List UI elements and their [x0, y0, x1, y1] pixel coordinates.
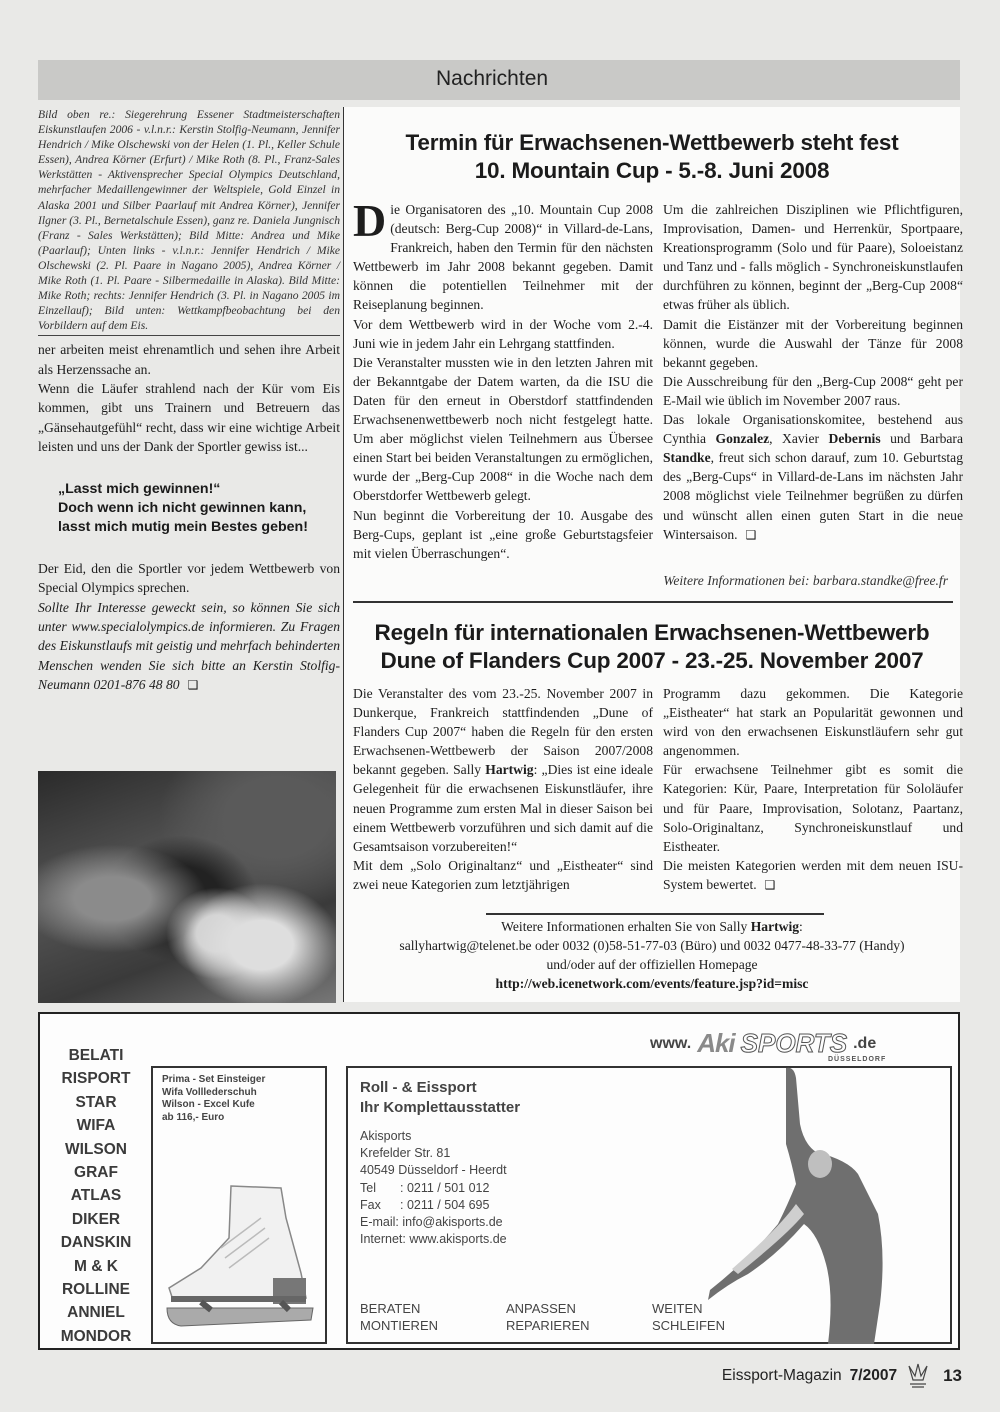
paragraph: Die Organisatoren des „10. Mountain Cup … [353, 200, 653, 315]
brand-item: DANSKIN [50, 1231, 142, 1254]
audience-photo [38, 771, 336, 1003]
shop-address: Akisports Krefelder Str. 81 40549 Düssel… [360, 1128, 507, 1248]
magazine-name: Eissport-Magazin [722, 1367, 842, 1385]
info-divider [486, 913, 824, 915]
shop-title-line: Roll - & Eissport [360, 1078, 520, 1098]
photo-caption: Bild oben re.: Siegerehrung Essener Stad… [38, 107, 340, 336]
section-title: Nachrichten [436, 67, 548, 91]
paragraph: Das lokale Organisationskomitee, bestehe… [663, 410, 963, 545]
article2-body: Die Veranstalter des vom 23.-25. Novembe… [353, 684, 963, 895]
brand-item: WIFA [50, 1114, 142, 1137]
end-mark-icon: ❑ [765, 878, 776, 892]
brand-item: MONDOR [50, 1325, 142, 1348]
fax: Fax: 0211 / 504 695 [360, 1197, 507, 1214]
article2-column-2: Programm dazu gekommen. Die Kategorie „E… [663, 684, 963, 895]
service-group: ANPASSENREPARIEREN [506, 1300, 652, 1334]
article-divider [353, 601, 953, 603]
service-item: REPARIEREN [506, 1317, 652, 1334]
headline-line: Termin für Erwachsenen-Wettbewerb steht … [344, 129, 960, 157]
end-mark-icon: ❑ [188, 678, 199, 692]
paragraph: Um die zahlreichen Disziplinen wie Pflic… [663, 200, 963, 315]
paragraph: Mit dem „Solo Originaltanz“ und „Eisthea… [353, 856, 653, 894]
logo-aki: Aki [697, 1028, 734, 1059]
logo-sports: SPORTS [741, 1028, 847, 1059]
oath-line: lasst mich mutig mein Bestes geben! [58, 518, 340, 537]
paragraph: Vor dem Wettbewerb wird in der Woche vom… [353, 315, 653, 353]
article2-column-1: Die Veranstalter des vom 23.-25. Novembe… [353, 684, 653, 895]
offer-text: Prima - Set Einsteiger Wifa Vollledersch… [162, 1074, 265, 1124]
service-item: BERATEN [360, 1300, 506, 1317]
shop-title-line: Ihr Komplettausstatter [360, 1098, 520, 1118]
paragraph: Die Veranstalter mussten wie in den letz… [353, 353, 653, 506]
page-number: 13 [943, 1366, 962, 1386]
paragraph: Die meisten Kategorien werden mit dem ne… [663, 856, 963, 895]
brand-item: WILSON [50, 1138, 142, 1161]
brand-item: DIKER [50, 1208, 142, 1231]
paragraph: Die Veranstalter des vom 23.-25. Novembe… [353, 684, 653, 856]
company-name: Akisports [360, 1128, 507, 1145]
article2-info: Weitere Informationen erhalten Sie von S… [344, 917, 960, 993]
brand-item: ATLAS [50, 1184, 142, 1207]
magazine-logo-icon [905, 1362, 931, 1390]
article1-contact: Weitere Informationen bei: barbara.stand… [663, 573, 948, 589]
brand-item: STAR [50, 1091, 142, 1114]
shop-title: Roll - & Eissport Ihr Komplettausstatter [360, 1078, 520, 1118]
paragraph: Programm dazu gekommen. Die Kategorie „E… [663, 684, 963, 760]
skate-offer-box: Prima - Set Einsteiger Wifa Vollledersch… [151, 1066, 327, 1344]
offer-line: ab 116,- Euro [162, 1112, 265, 1125]
homepage-link[interactable]: http://web.icenetwork.com/events/feature… [344, 974, 960, 993]
end-mark-icon: ❑ [746, 528, 757, 542]
brand-item: M & K [50, 1255, 142, 1278]
shop-info-box: Roll - & Eissport Ihr Komplettausstatter… [346, 1066, 952, 1344]
oath-quote: „Lasst mich gewinnen!“ Doch wenn ich nic… [58, 480, 340, 537]
page-footer: Eissport-Magazin 7/2007 13 [722, 1362, 962, 1390]
section-header-bar: Nachrichten [38, 60, 960, 100]
contact-note: Sollte Ihr Interesse geweckt sein, so kö… [38, 598, 340, 695]
issue-number: 7/2007 [850, 1367, 897, 1385]
headline-line: Dune of Flanders Cup 2007 - 23.-25. Nove… [344, 647, 960, 675]
headline-line: Regeln für internationalen Erwachsenen-W… [344, 619, 960, 647]
article1-headline: Termin für Erwachsenen-Wettbewerb steht … [344, 129, 960, 185]
website-link[interactable]: Internet: www.akisports.de [360, 1231, 507, 1248]
paragraph: Damit die Eistänzer mit der Vorbereitung… [663, 315, 963, 372]
brand-item: ANNIEL [50, 1301, 142, 1324]
brand-item: BELATI [50, 1044, 142, 1067]
brand-item: ROLLINE [50, 1278, 142, 1301]
paragraph: Für erwachsene Teilnehmer gibt es somit … [663, 760, 963, 855]
brand-item: GRAF [50, 1161, 142, 1184]
headline-line: 10. Mountain Cup - 5.-8. Juni 2008 [344, 157, 960, 185]
left-body-text: ner arbeiten meist ehrenamtlich und sehe… [38, 340, 340, 695]
offer-line: Wifa Volllederschuh [162, 1087, 265, 1100]
offer-line: Prima - Set Einsteiger [162, 1074, 265, 1087]
service-group: BERATENMONTIEREN [360, 1300, 506, 1334]
oath-line: „Lasst mich gewinnen!“ [58, 480, 340, 499]
article1-column-1: Die Organisatoren des „10. Mountain Cup … [353, 200, 653, 563]
info-line: Weitere Informationen erhalten Sie von S… [344, 917, 960, 936]
ice-skate-icon [161, 1178, 321, 1338]
article1-body: Die Organisatoren des „10. Mountain Cup … [353, 200, 963, 563]
drop-cap: D [353, 202, 386, 240]
brand-item: RISPORT [50, 1067, 142, 1090]
info-line: und/oder auf der offiziellen Homepage [344, 955, 960, 974]
phone: Tel: 0211 / 501 012 [360, 1180, 507, 1197]
offer-line: Wilson - Excel Kufe [162, 1099, 265, 1112]
figure-skater-image [708, 1064, 948, 1344]
article2-headline: Regeln für internationalen Erwachsenen-W… [344, 619, 960, 675]
oath-note: Der Eid, den die Sportler vor jedem Wett… [38, 559, 340, 598]
info-contact-line: sallyhartwig@telenet.be oder 0032 (0)58-… [344, 936, 960, 955]
logo-de: .de [853, 1035, 876, 1053]
paragraph: Nun beginnt die Vorbereitung der 10. Aus… [353, 506, 653, 563]
street: Krefelder Str. 81 [360, 1145, 507, 1162]
paragraph: ner arbeiten meist ehrenamtlich und sehe… [38, 340, 340, 379]
email-link[interactable]: E-mail: info@akisports.de [360, 1214, 507, 1231]
service-item: MONTIEREN [360, 1317, 506, 1334]
paragraph: Wenn die Läufer strahlend nach der Kür v… [38, 379, 340, 456]
logo-www: www. [650, 1035, 691, 1053]
akisports-advertisement: BELATI RISPORT STAR WIFA WILSON GRAF ATL… [38, 1012, 960, 1350]
oath-line: Doch wenn ich nicht gewinnen kann, [58, 499, 340, 518]
city: 40549 Düsseldorf - Heerdt [360, 1162, 507, 1179]
logo-subtitle: DÜSSELDORF [828, 1056, 886, 1063]
brand-list: BELATI RISPORT STAR WIFA WILSON GRAF ATL… [50, 1044, 142, 1348]
service-item: ANPASSEN [506, 1300, 652, 1317]
article1-column-2: Um die zahlreichen Disziplinen wie Pflic… [663, 200, 963, 563]
articles-area: Termin für Erwachsenen-Wettbewerb steht … [344, 107, 960, 1002]
akisports-logo: www. Aki SPORTS .de [650, 1028, 876, 1059]
paragraph: Die Ausschreibung für den „Berg-Cup 2008… [663, 372, 963, 410]
left-column: Bild oben re.: Siegerehrung Essener Stad… [38, 107, 340, 695]
